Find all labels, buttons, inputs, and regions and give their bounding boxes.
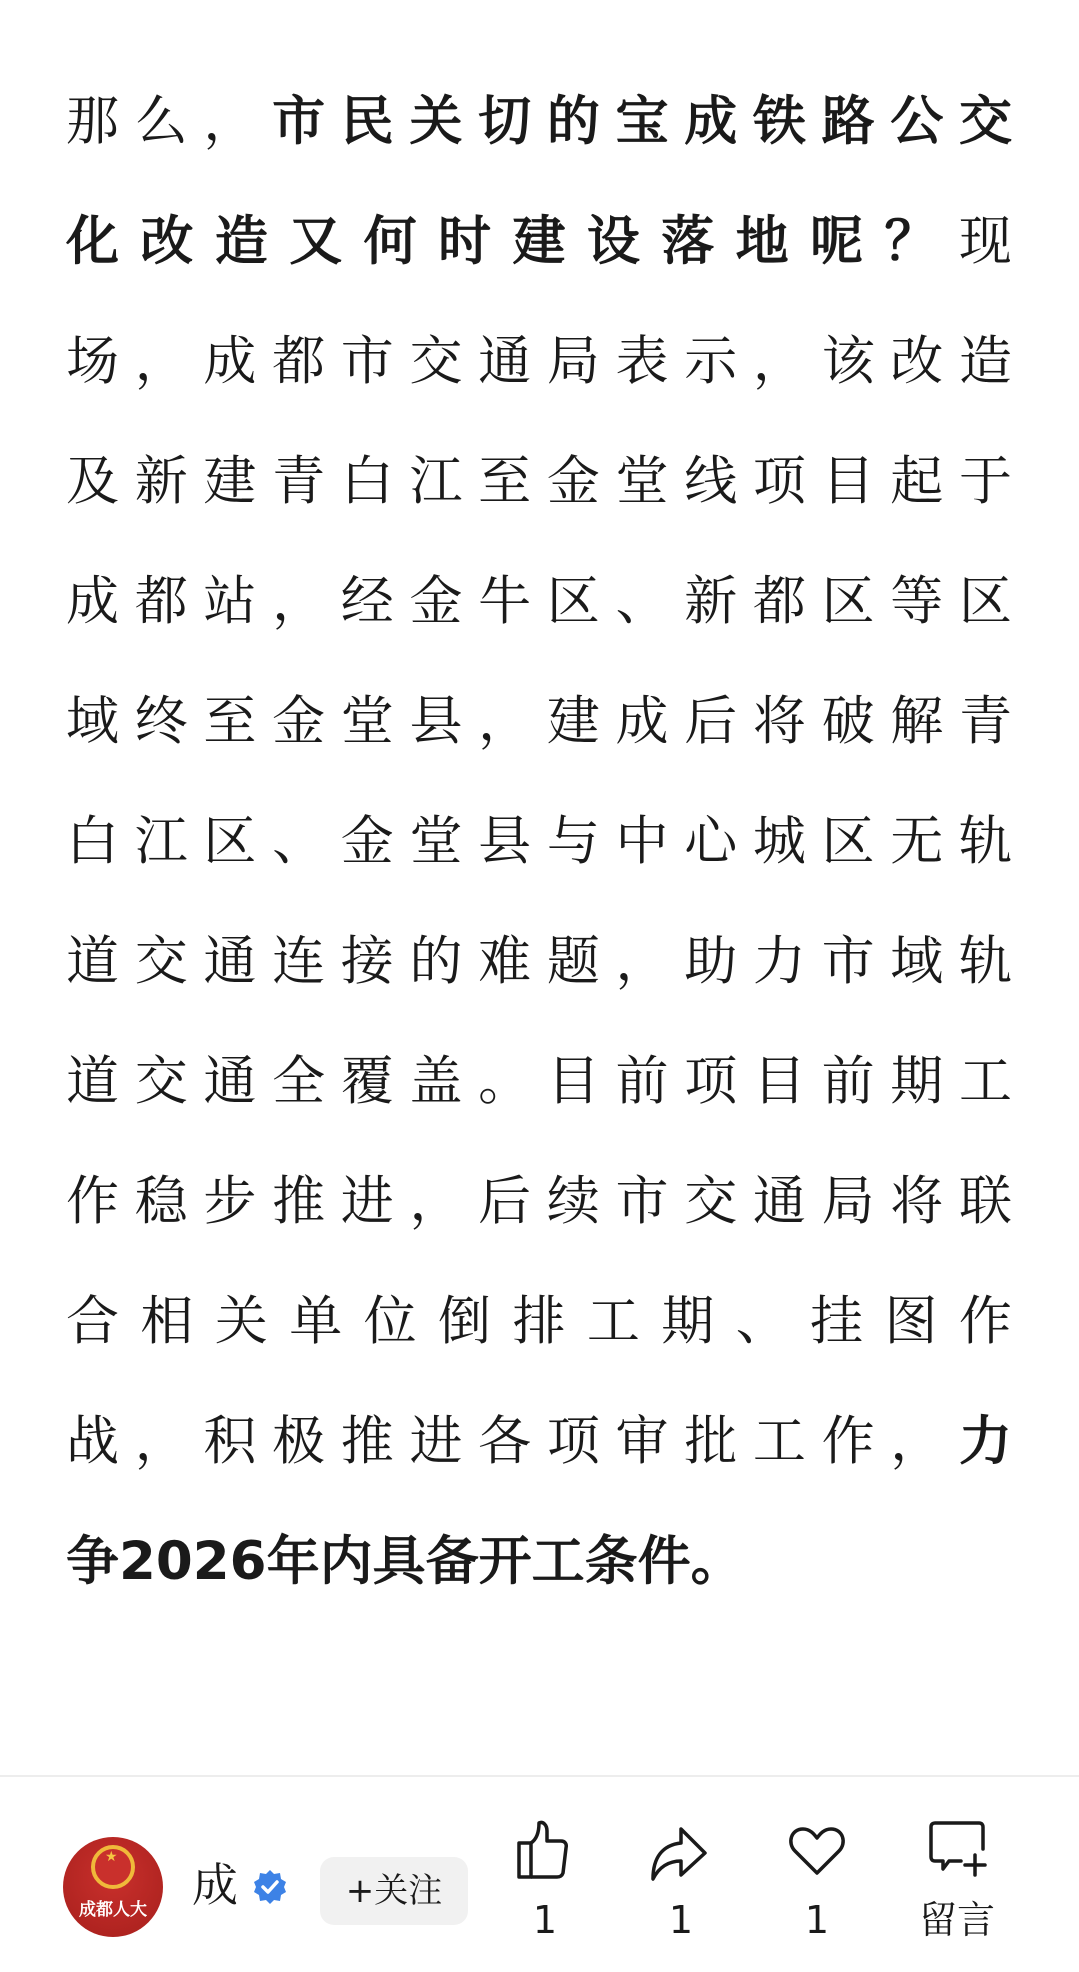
article-char: 争 bbox=[66, 1502, 119, 1622]
like-button[interactable]: 1 bbox=[500, 1817, 590, 1945]
article-char: 将 bbox=[753, 662, 806, 782]
article-char: 全 bbox=[272, 1022, 325, 1142]
article-char: 堂 bbox=[616, 422, 669, 542]
article-char: 公 bbox=[890, 62, 943, 182]
article-char: 排 bbox=[512, 1262, 565, 1382]
article-char: 的 bbox=[547, 62, 600, 182]
article-char: 倒 bbox=[438, 1262, 491, 1382]
article-char: 工 bbox=[753, 1382, 806, 1502]
article-char: 改 bbox=[140, 182, 193, 302]
article-char: 年 bbox=[267, 1502, 320, 1622]
article-char: 牛 bbox=[478, 542, 531, 662]
article-line: 道交通全覆盖。目前项目前期工 bbox=[66, 1022, 1012, 1142]
article-char: 建 bbox=[547, 662, 600, 782]
article-char: 审 bbox=[616, 1382, 669, 1502]
share-count: 1 bbox=[636, 1895, 726, 1945]
article-line: 争2026年内具备开工条件。 bbox=[66, 1502, 1012, 1622]
article-char: 。 bbox=[478, 1022, 531, 1142]
article-char: 心 bbox=[684, 782, 737, 902]
article-char: 图 bbox=[884, 1262, 937, 1382]
article-char: 件 bbox=[638, 1502, 691, 1622]
verified-badge-icon bbox=[252, 1869, 288, 1905]
article-char: 于 bbox=[959, 422, 1012, 542]
article-char: 宝 bbox=[616, 62, 669, 182]
article-char: 区 bbox=[822, 542, 875, 662]
article-char: 的 bbox=[409, 902, 462, 1022]
article-char: 站 bbox=[203, 542, 256, 662]
article-char: 又 bbox=[289, 182, 342, 302]
article-char: 白 bbox=[341, 422, 394, 542]
article-char: 切 bbox=[478, 62, 531, 182]
article-char: 续 bbox=[547, 1142, 600, 1262]
avatar-text: 成都人大 bbox=[63, 1895, 163, 1920]
article-char: 呢 bbox=[810, 182, 863, 302]
article-char: 市 bbox=[822, 902, 875, 1022]
article-line: 那么，市民关切的宝成铁路公交 bbox=[66, 62, 1012, 182]
article-char: 域 bbox=[66, 662, 119, 782]
article-char: 区 bbox=[203, 782, 256, 902]
article-char: 开 bbox=[479, 1502, 532, 1622]
article-char: 堂 bbox=[341, 662, 394, 782]
article-char: 区 bbox=[822, 782, 875, 902]
article-char: 地 bbox=[736, 182, 789, 302]
article-char: 覆 bbox=[341, 1022, 394, 1142]
article-char: 期 bbox=[661, 1262, 714, 1382]
article-char: 、 bbox=[616, 542, 669, 662]
article-char: 备 bbox=[426, 1502, 479, 1622]
article-char: 进 bbox=[341, 1142, 394, 1262]
article-char: 工 bbox=[532, 1502, 585, 1622]
article-char: 经 bbox=[341, 542, 394, 662]
article-char: 道 bbox=[66, 902, 119, 1022]
article-char: 建 bbox=[512, 182, 565, 302]
article-char: 作 bbox=[959, 1262, 1012, 1382]
article-char: 现 bbox=[959, 182, 1012, 302]
article-char: 设 bbox=[587, 182, 640, 302]
article-char: 至 bbox=[203, 662, 256, 782]
favorite-count: 1 bbox=[772, 1895, 862, 1945]
article-char: 将 bbox=[890, 1142, 943, 1262]
article-char: 白 bbox=[66, 782, 119, 902]
article-char: 都 bbox=[272, 302, 325, 422]
article-char: 项 bbox=[547, 1382, 600, 1502]
like-count: 1 bbox=[500, 1895, 590, 1945]
article-char: 无 bbox=[890, 782, 943, 902]
thumbs-up-icon bbox=[513, 1817, 577, 1881]
article-char: 连 bbox=[272, 902, 325, 1022]
article-char: 铁 bbox=[753, 62, 806, 182]
article-line: 作稳步推进，后续市交通局将联 bbox=[66, 1142, 1012, 1262]
article-line: 成都站，经金牛区、新都区等区 bbox=[66, 542, 1012, 662]
article-char: 市 bbox=[341, 302, 394, 422]
article-char: 终 bbox=[135, 662, 188, 782]
article-char: 。 bbox=[691, 1502, 744, 1622]
article-char: 建 bbox=[203, 422, 256, 542]
article-char: 新 bbox=[135, 422, 188, 542]
article-char: 、 bbox=[272, 782, 325, 902]
article-char: 、 bbox=[736, 1262, 789, 1382]
article-char: ， bbox=[135, 1382, 188, 1502]
article-char: 成 bbox=[203, 302, 256, 422]
favorite-button[interactable]: 1 bbox=[772, 1817, 862, 1945]
article-line: 战，积极推进各项审批工作，力 bbox=[66, 1382, 1012, 1502]
article-char: 成 bbox=[66, 542, 119, 662]
article-char: 项 bbox=[753, 422, 806, 542]
article-char: 区 bbox=[959, 542, 1012, 662]
article-char: 项 bbox=[684, 1022, 737, 1142]
article-char: 与 bbox=[547, 782, 600, 902]
article-char: 前 bbox=[616, 1022, 669, 1142]
article-char: ， bbox=[203, 62, 256, 182]
article-char: ， bbox=[409, 1142, 462, 1262]
article-char: 后 bbox=[684, 662, 737, 782]
article-char: 改 bbox=[890, 302, 943, 422]
comment-add-icon bbox=[925, 1817, 989, 1881]
article-char: 合 bbox=[66, 1262, 119, 1382]
article-char: 难 bbox=[478, 902, 531, 1022]
article-line: 域终至金堂县，建成后将破解青 bbox=[66, 662, 1012, 782]
article-char: 目 bbox=[822, 422, 875, 542]
article-char: 交 bbox=[135, 1022, 188, 1142]
article-char: 通 bbox=[478, 302, 531, 422]
article-char: 战 bbox=[66, 1382, 119, 1502]
article-line: 合相关单位倒排工期、挂图作 bbox=[66, 1262, 1012, 1382]
article-char: 县 bbox=[478, 782, 531, 902]
article-char: 中 bbox=[616, 782, 669, 902]
article-char: 联 bbox=[959, 1142, 1012, 1262]
article-char: 城 bbox=[753, 782, 806, 902]
article-char: 力 bbox=[753, 902, 806, 1022]
article-char: 域 bbox=[890, 902, 943, 1022]
article-char: 民 bbox=[341, 62, 394, 182]
article-char: 新 bbox=[684, 542, 737, 662]
share-icon bbox=[649, 1817, 713, 1881]
article-char: 通 bbox=[203, 1022, 256, 1142]
article-char: 金 bbox=[341, 782, 394, 902]
article-char: 路 bbox=[822, 62, 875, 182]
article-char: 何 bbox=[364, 182, 417, 302]
article-line: 白江区、金堂县与中心城区无轨 bbox=[66, 782, 1012, 902]
article-char: 局 bbox=[822, 1142, 875, 1262]
article-char: 作 bbox=[66, 1142, 119, 1262]
article-char: 江 bbox=[409, 422, 462, 542]
article-char: 解 bbox=[890, 662, 943, 782]
article-char: 金 bbox=[272, 662, 325, 782]
article-char: 该 bbox=[822, 302, 875, 422]
article-line: 及新建青白江至金堂线项目起于 bbox=[66, 422, 1012, 542]
article-char: 内 bbox=[320, 1502, 373, 1622]
article-char: 挂 bbox=[810, 1262, 863, 1382]
article-char: 期 bbox=[890, 1022, 943, 1142]
article-char: 助 bbox=[684, 902, 737, 1022]
article-char: 接 bbox=[341, 902, 394, 1022]
article-char: 推 bbox=[341, 1382, 394, 1502]
article-char: 青 bbox=[272, 422, 325, 542]
article-char: 后 bbox=[478, 1142, 531, 1262]
article-body: 那么，市民关切的宝成铁路公交化改造又何时建设落地呢？现场，成都市交通局表示，该改… bbox=[66, 62, 1012, 1622]
article-char: 条 bbox=[585, 1502, 638, 1622]
article-char: 交 bbox=[135, 902, 188, 1022]
article-char: ， bbox=[890, 1382, 943, 1502]
article-char: 6 bbox=[230, 1502, 267, 1622]
author-name[interactable]: 成 bbox=[192, 1855, 238, 1915]
bottom-action-bar: 成都人大 成 +关注 1 1 1 留言 bbox=[0, 1775, 1079, 1972]
article-char: 县 bbox=[409, 662, 462, 782]
article-char: 局 bbox=[547, 302, 600, 422]
share-button[interactable]: 1 bbox=[636, 1817, 726, 1945]
article-char: 力 bbox=[959, 1382, 1012, 1502]
article-char: ， bbox=[478, 662, 531, 782]
article-char: 等 bbox=[890, 542, 943, 662]
article-char: 造 bbox=[959, 302, 1012, 422]
national-emblem-icon bbox=[91, 1845, 135, 1889]
article-char: 关 bbox=[215, 1262, 268, 1382]
comment-label: 留言 bbox=[912, 1895, 1002, 1945]
article-char: 2 bbox=[193, 1502, 230, 1622]
article-char: 积 bbox=[203, 1382, 256, 1502]
article-char: 交 bbox=[409, 302, 462, 422]
article-char: 场 bbox=[66, 302, 119, 422]
article-char: 金 bbox=[409, 542, 462, 662]
article-char: 关 bbox=[409, 62, 462, 182]
article-char: 道 bbox=[66, 1022, 119, 1142]
article-char: ， bbox=[135, 302, 188, 422]
article-line: 场，成都市交通局表示，该改造 bbox=[66, 302, 1012, 422]
article-char: 题 bbox=[547, 902, 600, 1022]
article-char: ？ bbox=[884, 182, 937, 302]
article-char: 前 bbox=[822, 1022, 875, 1142]
article-char: 时 bbox=[438, 182, 491, 302]
author-avatar[interactable]: 成都人大 bbox=[63, 1837, 163, 1937]
article-char: 盖 bbox=[409, 1022, 462, 1142]
article-char: 进 bbox=[409, 1382, 462, 1502]
article-char: 目 bbox=[547, 1022, 600, 1142]
article-char: 轨 bbox=[959, 902, 1012, 1022]
article-char: ， bbox=[753, 302, 806, 422]
article-char: 极 bbox=[272, 1382, 325, 1502]
article-line: 化改造又何时建设落地呢？现 bbox=[66, 182, 1012, 302]
article-char: 各 bbox=[478, 1382, 531, 1502]
article-char: 破 bbox=[822, 662, 875, 782]
article-char: ， bbox=[272, 542, 325, 662]
article-char: 都 bbox=[135, 542, 188, 662]
article-char: 落 bbox=[661, 182, 714, 302]
article-char: 区 bbox=[547, 542, 600, 662]
article-char: 轨 bbox=[959, 782, 1012, 902]
article-char: 相 bbox=[140, 1262, 193, 1382]
article-char: 步 bbox=[203, 1142, 256, 1262]
article-char: 位 bbox=[364, 1262, 417, 1382]
article-char: 工 bbox=[587, 1262, 640, 1382]
article-char: 稳 bbox=[135, 1142, 188, 1262]
article-char: 交 bbox=[684, 1142, 737, 1262]
article-char: 江 bbox=[135, 782, 188, 902]
comment-button[interactable]: 留言 bbox=[912, 1817, 1002, 1945]
article-char: 工 bbox=[959, 1022, 1012, 1142]
article-char: 成 bbox=[684, 62, 737, 182]
article-char: 作 bbox=[822, 1382, 875, 1502]
article-char: 市 bbox=[616, 1142, 669, 1262]
article-char: 么 bbox=[135, 62, 188, 182]
article-char: 目 bbox=[753, 1022, 806, 1142]
article-char: 青 bbox=[959, 662, 1012, 782]
article-char: 通 bbox=[753, 1142, 806, 1262]
article-line: 道交通连接的难题，助力市域轨 bbox=[66, 902, 1012, 1022]
article-char: 单 bbox=[289, 1262, 342, 1382]
article-char: 金 bbox=[547, 422, 600, 542]
article-char: 表 bbox=[616, 302, 669, 422]
article-char: 成 bbox=[616, 662, 669, 782]
article-char: 市 bbox=[272, 62, 325, 182]
article-char: 推 bbox=[272, 1142, 325, 1262]
article-char: 具 bbox=[373, 1502, 426, 1622]
article-char: 那 bbox=[66, 62, 119, 182]
heart-icon bbox=[785, 1817, 849, 1881]
article-char: 批 bbox=[684, 1382, 737, 1502]
article-char: 2 bbox=[119, 1502, 156, 1622]
follow-button[interactable]: +关注 bbox=[320, 1857, 468, 1925]
article-char: 及 bbox=[66, 422, 119, 542]
article-char: 起 bbox=[890, 422, 943, 542]
article-char: 都 bbox=[753, 542, 806, 662]
article-char: 线 bbox=[684, 422, 737, 542]
article-char: 示 bbox=[684, 302, 737, 422]
article-char: 化 bbox=[66, 182, 119, 302]
article-char: 造 bbox=[215, 182, 268, 302]
article-char: 0 bbox=[156, 1502, 193, 1622]
article-char: 交 bbox=[959, 62, 1012, 182]
article-char: 通 bbox=[203, 902, 256, 1022]
article-char: 至 bbox=[478, 422, 531, 542]
article-char: ， bbox=[616, 902, 669, 1022]
article-char: 堂 bbox=[409, 782, 462, 902]
